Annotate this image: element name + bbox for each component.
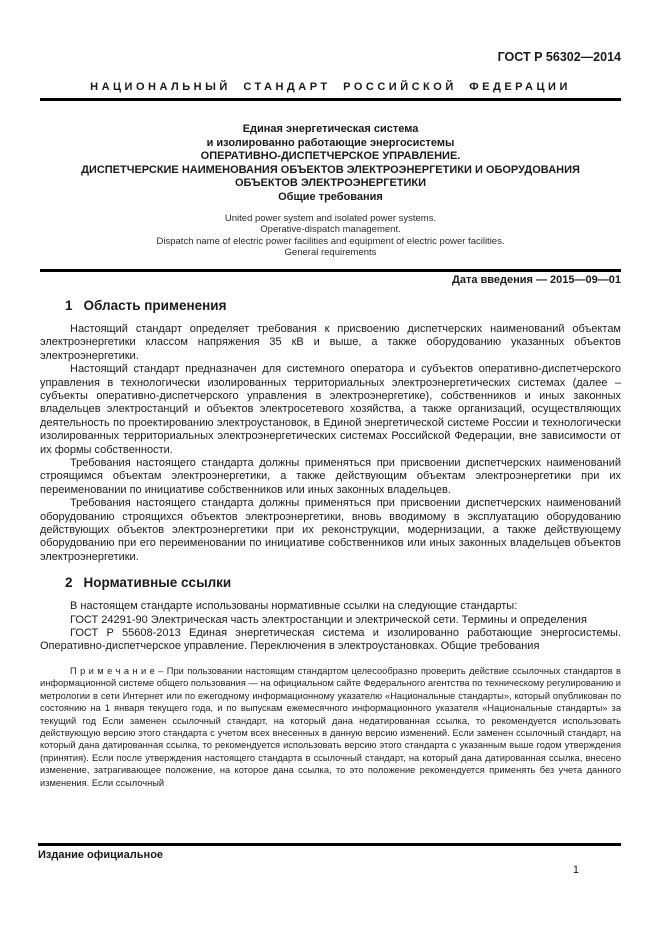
page-footer: Издание официальное 1: [38, 843, 621, 877]
national-standard-banner: НАЦИОНАЛЬНЫЙ СТАНДАРТ РОССИЙСКОЙ ФЕДЕРАЦ…: [40, 80, 621, 101]
title-line: ДИСПЕТЧЕРСКИЕ НАИМЕНОВАНИЯ ОБЪЕКТОВ ЭЛЕК…: [40, 164, 621, 178]
page-number: 1: [38, 864, 621, 877]
footer-rule: [38, 843, 621, 846]
title-en-line: United power system and isolated power s…: [40, 213, 621, 225]
title-line: ОБЪЕКТОВ ЭЛЕКТРОЭНЕРГЕТИКИ: [40, 177, 621, 191]
section-number: 2: [65, 575, 73, 590]
title-line: Общие требования: [40, 191, 621, 205]
title-line: Единая энергетическая система: [40, 123, 621, 137]
paragraph: Настоящий стандарт предназначен для сист…: [40, 363, 621, 457]
document-title: Единая энергетическая система и изолиров…: [40, 123, 621, 205]
section-number: 1: [65, 298, 73, 313]
section-2-heading: 2Нормативные ссылки: [65, 575, 621, 591]
document-page: ГОСТ Р 56302—2014 НАЦИОНАЛЬНЫЙ СТАНДАРТ …: [0, 0, 661, 936]
effective-date: Дата введения — 2015—09—01: [40, 274, 621, 287]
paragraph: В настоящем стандарте использованы норма…: [40, 600, 621, 613]
page-content: ГОСТ Р 56302—2014 НАЦИОНАЛЬНЫЙ СТАНДАРТ …: [0, 0, 661, 789]
paragraph: ГОСТ 24291-90 Электрическая часть электр…: [40, 614, 621, 627]
section-title: Нормативные ссылки: [84, 575, 232, 590]
title-line: ОПЕРАТИВНО-ДИСПЕТЧЕРСКОЕ УПРАВЛЕНИЕ.: [40, 150, 621, 164]
title-line: и изолированно работающие энергосистемы: [40, 137, 621, 151]
document-title-english: United power system and isolated power s…: [40, 213, 621, 259]
edition-label: Издание официальное: [38, 849, 621, 862]
paragraph: Требования настоящего стандарта должны п…: [40, 457, 621, 497]
section-1-heading: 1Область применения: [65, 298, 621, 314]
title-en-line: Dispatch name of electric power faciliti…: [40, 236, 621, 248]
horizontal-rule: [40, 269, 621, 272]
note-paragraph: П р и м е ч а н и е – При пользовании на…: [40, 665, 621, 789]
paragraph: ГОСТ Р 55608-2013 Единая энергетическая …: [40, 627, 621, 654]
standard-number: ГОСТ Р 56302—2014: [40, 50, 621, 64]
paragraph: Настоящий стандарт определяет требования…: [40, 323, 621, 363]
section-title: Область применения: [84, 298, 227, 313]
paragraph: Требования настоящего стандарта должны п…: [40, 497, 621, 564]
title-en-line: General requirements: [40, 247, 621, 259]
title-en-line: Operative-dispatch management.: [40, 224, 621, 236]
